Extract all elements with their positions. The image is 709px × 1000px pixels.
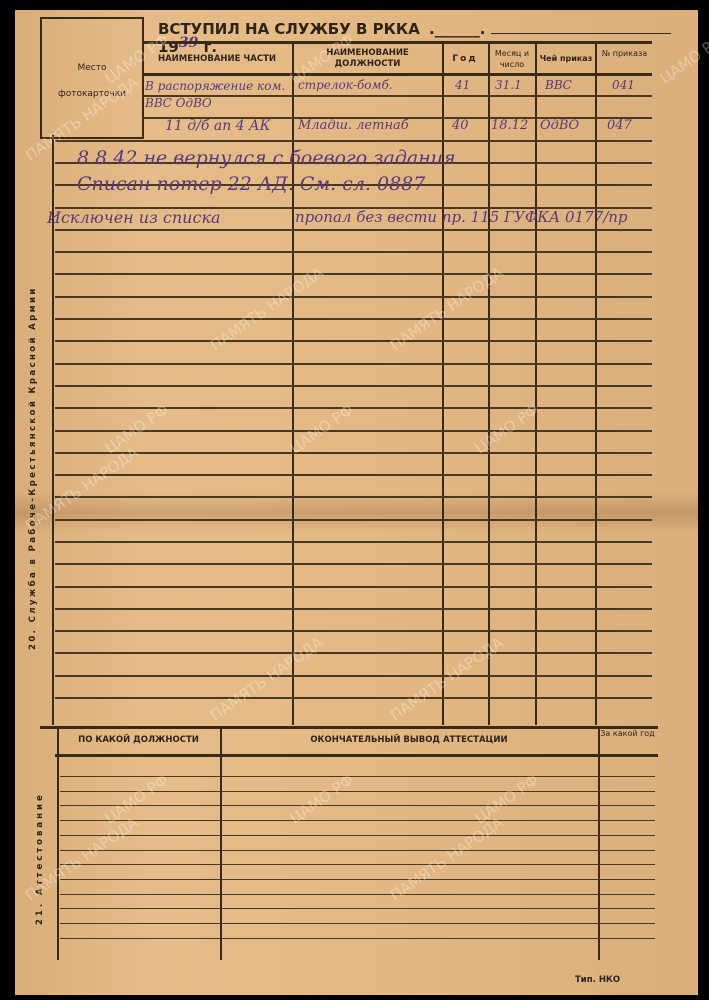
ruled-line xyxy=(55,318,652,320)
col-header-position: НАИМЕНОВАНИЕ ДОЛЖНОСТИ xyxy=(295,48,440,70)
att-col-header-conclusion: ОКОНЧАТЕЛЬНЫЙ ВЫВОД АТТЕСТАЦИИ xyxy=(220,735,598,745)
watermark-project: ПАМЯТЬ НАРОДА xyxy=(207,633,327,724)
watermark-archive: ЦАМО РФ xyxy=(286,771,356,828)
note-1: 8.8.42 не вернулся с боевого задания xyxy=(77,147,456,169)
row1-day-month: 31.1 xyxy=(495,78,522,92)
ruled-line xyxy=(55,675,652,677)
service-col-divider-5 xyxy=(595,41,597,725)
ruled-line xyxy=(55,251,652,253)
attestation-col-divider-2 xyxy=(598,728,600,960)
title-date-sep: .______. xyxy=(429,20,485,38)
watermark-archive: ЦАМО РФ xyxy=(101,771,171,828)
section-21-label: 21. Аттестование xyxy=(35,792,45,925)
ruled-line xyxy=(55,140,652,142)
ruled-line xyxy=(55,273,652,275)
row1-year: 41 xyxy=(455,78,470,92)
ruled-line xyxy=(55,229,652,231)
service-col-divider-3 xyxy=(488,41,490,725)
ruled-line xyxy=(55,697,652,699)
photo-box-label-1: Место xyxy=(42,63,142,73)
ruled-line xyxy=(55,296,652,298)
photo-box: Место фотокарточки xyxy=(40,17,144,139)
ruled-line xyxy=(55,563,652,565)
header-top-border xyxy=(142,41,652,44)
ruled-line xyxy=(55,586,652,588)
photo-box-label-2: фотокарточки xyxy=(42,89,142,99)
col-header-year: Год xyxy=(443,54,487,64)
ruled-line xyxy=(60,850,655,851)
row2-day-month: 18.12 xyxy=(491,118,528,133)
date-blank-line xyxy=(491,33,671,34)
ruled-line xyxy=(60,805,655,806)
att-col-header-position: ПО КАКОЙ ДОЛЖНОСТИ xyxy=(57,735,220,745)
ruled-line xyxy=(55,340,652,342)
ruled-line xyxy=(55,496,652,498)
watermark-archive: ЦАМО РФ xyxy=(471,401,541,458)
section-20-label: 20. Служба в Рабоче-Крестьянской Красной… xyxy=(28,286,38,650)
ruled-line xyxy=(60,835,655,836)
ruled-line xyxy=(60,908,655,909)
ruled-line xyxy=(60,791,655,792)
ruled-line xyxy=(55,363,652,365)
service-col-divider-4 xyxy=(535,41,537,725)
row2-order-by: ОдВО xyxy=(540,118,579,133)
row1-position: стрелок-бомб. xyxy=(298,78,393,92)
row2-unit: 11 д/б ап 4 АК xyxy=(165,118,270,134)
ruled-line xyxy=(55,452,652,454)
ruled-line xyxy=(60,820,655,821)
document-page: Место фотокарточки ВСТУПИЛ НА СЛУЖБУ В Р… xyxy=(15,10,698,995)
ruled-line xyxy=(60,776,655,777)
service-col-divider-2 xyxy=(442,41,444,725)
ruled-line xyxy=(55,608,652,610)
watermark-archive: ЦАМО РФ xyxy=(286,401,356,458)
ruled-line xyxy=(55,630,652,632)
ruled-line xyxy=(55,385,652,387)
row2-position: Младш. летнаб xyxy=(298,118,409,133)
service-col-divider-1 xyxy=(292,41,294,725)
note-2: Списан потер 22 АД. См. сл. 0887 xyxy=(77,173,425,195)
row2-year: 40 xyxy=(452,118,469,133)
ruled-line xyxy=(60,938,655,939)
att-col-header-year: За какой год xyxy=(600,728,655,739)
header-bottom-border xyxy=(142,73,652,76)
attestation-top-border xyxy=(40,726,658,729)
row1-order-no: 041 xyxy=(612,78,635,92)
attestation-col-divider-1 xyxy=(220,728,222,960)
row2-order-no: 047 xyxy=(607,118,632,133)
ruled-line xyxy=(55,474,652,476)
ruled-line xyxy=(60,879,655,880)
watermark-archive: ЦАМО РФ xyxy=(101,401,171,458)
note-3: Исключен из списка xyxy=(47,208,221,227)
ruled-line xyxy=(55,541,652,543)
note-4: пропал без вести пр. 115 ГУФКА 0177/пр xyxy=(295,208,628,226)
col-header-order-no: № приказа xyxy=(597,48,652,59)
ruled-line xyxy=(60,923,655,924)
ruled-line xyxy=(55,430,652,432)
ruled-line xyxy=(55,519,652,521)
ruled-line xyxy=(60,864,655,865)
ruled-line xyxy=(55,407,652,409)
col-header-unit: НАИМЕНОВАНИЕ ЧАСТИ xyxy=(142,54,292,64)
printer-mark: Тип. НКО xyxy=(575,975,620,985)
ruled-line xyxy=(55,652,652,654)
ruled-line xyxy=(60,894,655,895)
row1-unit: В распоряжение ком. ВВС ОдВО xyxy=(145,78,290,112)
col-header-day-month: Месяц и число xyxy=(489,48,535,70)
watermark-project: ПАМЯТЬ НАРОДА xyxy=(387,813,507,904)
col-header-order-by: Чей приказ xyxy=(536,54,596,63)
watermark-project: ПАМЯТЬ НАРОДА xyxy=(22,443,142,534)
row1-order-by: ВВС xyxy=(545,78,572,92)
attestation-left-border xyxy=(57,728,59,960)
attestation-header-border xyxy=(55,754,658,757)
watermark-archive: ЦАМО РФ xyxy=(471,771,541,828)
